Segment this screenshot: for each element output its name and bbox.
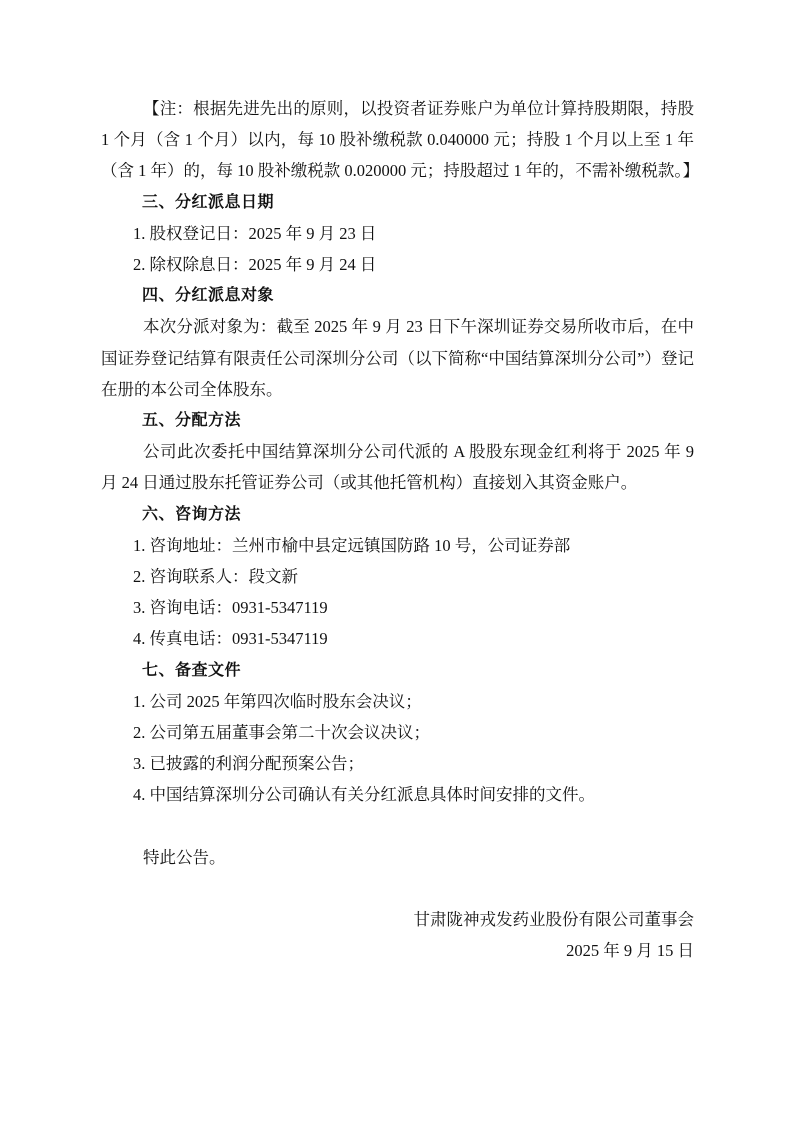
section-heading-distribution-method: 五、分配方法 — [101, 405, 694, 436]
announcement-page: 【注：根据先进先出的原则，以投资者证券账户为单位计算持股期限，持股 1 个月（含… — [0, 0, 793, 1122]
record-date-item: 1. 股权登记日：2025 年 9 月 23 日 — [101, 218, 694, 249]
signature-company: 甘肃陇神戎发药业股份有限公司董事会 — [101, 904, 694, 935]
reference-doc-item-4: 4. 中国结算深圳分公司确认有关分红派息具体时间安排的文件。 — [101, 779, 694, 810]
reference-doc-item-1: 1. 公司 2025 年第四次临时股东会决议； — [101, 686, 694, 717]
section-heading-dividend-dates: 三、分红派息日期 — [101, 187, 694, 218]
reference-doc-item-3: 3. 已披露的利润分配预案公告； — [101, 748, 694, 779]
dividend-recipients-paragraph: 本次分派对象为：截至 2025 年 9 月 23 日下午深圳证券交易所收市后，在… — [101, 311, 694, 405]
section-heading-dividend-recipients: 四、分红派息对象 — [101, 280, 694, 311]
section-heading-inquiry-method: 六、咨询方法 — [101, 499, 694, 530]
spacer — [101, 811, 694, 842]
inquiry-address-item: 1. 咨询地址：兰州市榆中县定远镇国防路 10 号，公司证券部 — [101, 530, 694, 561]
spacer — [101, 873, 694, 904]
inquiry-contact-item: 2. 咨询联系人：段文新 — [101, 561, 694, 592]
section-heading-reference-documents: 七、备查文件 — [101, 655, 694, 686]
inquiry-fax-item: 4. 传真电话：0931-5347119 — [101, 623, 694, 654]
inquiry-phone-item: 3. 咨询电话：0931-5347119 — [101, 592, 694, 623]
closing-statement: 特此公告。 — [101, 842, 694, 873]
ex-dividend-date-item: 2. 除权除息日：2025 年 9 月 24 日 — [101, 249, 694, 280]
reference-doc-item-2: 2. 公司第五届董事会第二十次会议决议； — [101, 717, 694, 748]
tax-note-paragraph: 【注：根据先进先出的原则，以投资者证券账户为单位计算持股期限，持股 1 个月（含… — [101, 93, 694, 187]
signature-date: 2025 年 9 月 15 日 — [101, 935, 694, 966]
distribution-method-paragraph: 公司此次委托中国结算深圳分公司代派的 A 股股东现金红利将于 2025 年 9 … — [101, 436, 694, 498]
